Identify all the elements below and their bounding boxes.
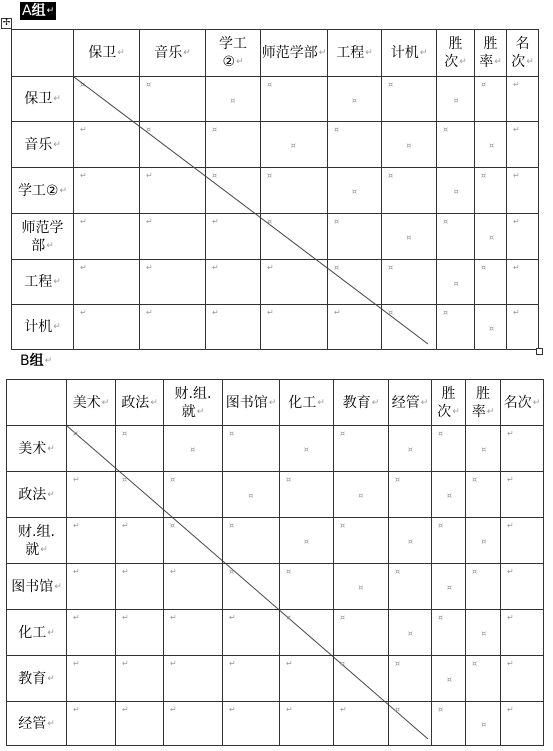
column-header-label: 师范学部 (262, 45, 318, 61)
table-row: 师范学 部↵↵↵↵¤¤¤¤¤↵ (12, 214, 539, 260)
cell-end-mark-icon: ¤ (340, 430, 345, 438)
score-cell[interactable]: ¤ (328, 77, 382, 122)
column-header-label: 教育 (343, 395, 371, 411)
score-cell[interactable]: ¤ (389, 564, 432, 610)
cell-end-mark-icon: ¤ (229, 522, 234, 530)
table-row: 化工↵↵↵↵↵¤¤¤¤¤↵ (7, 610, 544, 656)
header-row: 保卫↵音乐↵学工 ②↵师范学部↵工程↵计机↵胜 次↵胜 率↵名 次↵ (12, 30, 539, 77)
column-header-label: 计机 (391, 45, 419, 61)
paragraph-mark-icon: ↵ (46, 241, 54, 251)
cell-end-mark-icon: ¤ (481, 446, 486, 454)
score-cell[interactable]: ↵ (223, 702, 280, 746)
row-header-label: 化工 (18, 625, 46, 641)
score-cell[interactable]: ¤ (280, 610, 334, 656)
column-header-label: 政法 (121, 395, 149, 411)
score-cell[interactable]: ↵ (74, 168, 140, 214)
paragraph-mark-icon: ¤ (73, 430, 78, 438)
score-cell[interactable]: ↵ (507, 168, 539, 214)
score-cell[interactable]: ¤ (280, 472, 334, 518)
score-cell[interactable]: ¤ (206, 77, 261, 122)
paragraph-mark-icon: ↵ (286, 660, 293, 668)
cell-end-mark-icon: ¤ (489, 325, 494, 333)
score-cell[interactable]: ↵ (206, 305, 261, 350)
cell-end-mark-icon: ¤ (472, 660, 477, 668)
column-header[interactable]: 保卫↵ (74, 30, 140, 77)
score-cell[interactable]: ¤ (432, 518, 466, 564)
score-cell[interactable]: ↵ (140, 214, 206, 260)
score-cell[interactable]: ↵ (116, 656, 164, 702)
score-cell[interactable]: ¤ (466, 518, 501, 564)
paragraph-mark-icon: ↵ (452, 407, 460, 417)
column-header[interactable]: 工程↵ (328, 30, 382, 77)
cell-end-mark-icon: ¤ (489, 142, 494, 150)
cell-end-mark-icon: ¤ (352, 188, 357, 196)
paragraph-mark-icon: ↵ (73, 706, 80, 714)
column-header-label: 化工 (288, 395, 316, 411)
cell-end-mark-icon: ¤ (443, 218, 448, 226)
score-cell[interactable]: ¤ (334, 518, 389, 564)
score-cell[interactable]: ↵ (140, 260, 206, 305)
row-header[interactable]: 经管↵ (7, 702, 67, 746)
cell-end-mark-icon: ↵ (507, 568, 514, 576)
cell-end-mark-icon: ¤ (489, 234, 494, 242)
paragraph-mark-icon: ¤ (395, 706, 400, 714)
score-cell[interactable]: ↵ (501, 518, 544, 564)
column-header[interactable]: 胜 率↵ (466, 380, 501, 426)
cell-end-mark-icon: ¤ (229, 430, 234, 438)
score-cell[interactable]: ↵ (67, 656, 116, 702)
row-header[interactable]: 保卫↵ (12, 77, 74, 122)
score-cell[interactable]: ¤ (475, 260, 507, 305)
cell-end-mark-icon: ¤ (395, 476, 400, 484)
score-cell[interactable]: ¤ (261, 168, 328, 214)
score-cell[interactable]: ¤ (382, 122, 437, 168)
score-cell[interactable]: ↵ (334, 702, 389, 746)
row-header[interactable]: 美术↵ (7, 426, 67, 472)
cell-end-mark-icon: ¤ (447, 584, 452, 592)
column-header[interactable]: 化工↵ (280, 380, 334, 426)
paragraph-mark-icon: ↵ (150, 398, 158, 408)
score-cell[interactable]: ¤ (475, 168, 507, 214)
paragraph-mark-icon: ↵ (40, 545, 48, 555)
score-cell[interactable]: ↵ (140, 168, 206, 214)
score-cell[interactable]: ↵ (261, 260, 328, 305)
row-header[interactable]: 财.组. 就↵ (7, 518, 67, 564)
column-header[interactable]: 师范学部↵ (261, 30, 328, 77)
score-cell[interactable]: ↵ (116, 564, 164, 610)
row-header[interactable]: 师范学 部↵ (12, 214, 74, 260)
paragraph-mark-icon: ↵ (73, 660, 80, 668)
score-cell[interactable]: ¤ (432, 426, 466, 472)
paragraph-mark-icon: ↵ (494, 57, 502, 67)
paragraph-mark-icon: ¤ (146, 126, 151, 134)
score-cell[interactable]: ↵ (116, 610, 164, 656)
cell-end-mark-icon: ¤ (438, 430, 443, 438)
score-cell[interactable]: ¤ (475, 305, 507, 350)
score-cell[interactable]: ↵ (67, 702, 116, 746)
cell-end-mark-icon: ↵ (513, 172, 520, 180)
score-cell[interactable]: ↵ (74, 260, 140, 305)
column-header[interactable]: 学工 ②↵ (206, 30, 261, 77)
row-header-label: 保卫 (24, 91, 52, 107)
score-cell[interactable]: ¤ (328, 214, 382, 260)
paragraph-mark-icon: ↵ (269, 398, 277, 408)
score-cell[interactable]: ↵ (507, 122, 539, 168)
cell-end-mark-icon: ¤ (438, 614, 443, 622)
paragraph-mark-icon: ↵ (372, 398, 380, 408)
score-cell[interactable]: ¤ (466, 610, 501, 656)
paragraph-mark-icon: ↵ (267, 309, 274, 317)
corner-cell[interactable] (7, 380, 67, 426)
score-cell[interactable]: ↵ (206, 214, 261, 260)
row-header-label: 计机 (24, 319, 52, 335)
paragraph-mark-icon: ↵ (229, 614, 236, 622)
score-cell[interactable]: ↵ (501, 472, 544, 518)
column-header-label: 经管 (392, 395, 420, 411)
score-cell[interactable]: ¤ (164, 426, 223, 472)
score-cell[interactable]: ¤ (466, 656, 501, 702)
score-cell[interactable]: ¤ (280, 518, 334, 564)
score-cell[interactable]: ¤ (164, 472, 223, 518)
cell-end-mark-icon: ¤ (304, 538, 309, 546)
cell-end-mark-icon: ↵ (507, 476, 514, 484)
score-cell[interactable]: ¤ (280, 564, 334, 610)
table-resize-handle[interactable] (536, 348, 543, 355)
score-cell[interactable]: ¤ (432, 610, 466, 656)
cell-end-mark-icon: ¤ (447, 492, 452, 500)
score-cell[interactable]: ↵ (501, 426, 544, 472)
score-cell[interactable]: ¤ (328, 122, 382, 168)
table-row: 教育↵↵↵↵↵↵¤¤¤¤↵ (7, 656, 544, 702)
score-cell[interactable]: ¤ (466, 426, 501, 472)
score-cell[interactable]: ↵ (116, 518, 164, 564)
score-cell[interactable]: ¤ (437, 122, 475, 168)
score-cell[interactable]: ¤ (432, 702, 466, 746)
table-row: 音乐↵↵¤¤¤¤¤¤¤↵ (12, 122, 539, 168)
cell-end-mark-icon: ¤ (358, 584, 363, 592)
score-cell[interactable]: ¤ (206, 122, 261, 168)
score-cell[interactable]: ¤ (223, 426, 280, 472)
score-cell[interactable]: ↵ (280, 656, 334, 702)
column-header[interactable]: 胜 率↵ (475, 30, 507, 77)
score-cell[interactable]: ↵ (140, 305, 206, 350)
table-row: 图书馆↵↵↵↵¤¤¤¤¤¤↵ (7, 564, 544, 610)
paragraph-mark-icon: ↵ (47, 628, 55, 638)
row-header-label: 音乐 (24, 137, 52, 153)
cell-end-mark-icon: ¤ (454, 97, 459, 105)
score-cell[interactable]: ¤ (432, 656, 466, 702)
paragraph-mark-icon: ¤ (388, 309, 393, 317)
column-header[interactable]: 计机↵ (382, 30, 437, 77)
score-cell[interactable]: ¤ (382, 77, 437, 122)
score-cell[interactable]: ¤ (140, 77, 206, 122)
paragraph-mark-icon: ↵ (146, 218, 153, 226)
cell-end-mark-icon: ¤ (248, 492, 253, 500)
column-header[interactable]: 政法↵ (116, 380, 164, 426)
column-header[interactable]: 音乐↵ (140, 30, 206, 77)
paragraph-mark-icon: ↵ (80, 126, 87, 134)
score-cell[interactable]: ¤ (334, 610, 389, 656)
score-cell[interactable]: ↵ (223, 656, 280, 702)
score-cell[interactable]: ¤ (116, 426, 164, 472)
column-header[interactable]: 教育↵ (334, 380, 389, 426)
score-cell[interactable]: ¤ (67, 426, 116, 472)
paragraph-mark-icon: ↵ (365, 48, 373, 58)
score-cell[interactable]: ¤ (164, 518, 223, 564)
column-header-label: 财.组. 就 (175, 386, 212, 420)
score-cell[interactable]: ¤ (382, 168, 437, 214)
score-cell[interactable]: ¤ (328, 260, 382, 305)
score-cell[interactable]: ↵ (501, 564, 544, 610)
cell-end-mark-icon: ¤ (267, 172, 272, 180)
paragraph-mark-icon: ↵ (533, 398, 541, 408)
column-header[interactable]: 名次↵ (501, 380, 544, 426)
score-cell[interactable]: ¤ (437, 168, 475, 214)
paragraph-mark-icon: ↵ (420, 48, 428, 58)
score-cell[interactable]: ↵ (164, 702, 223, 746)
score-cell[interactable]: ¤ (466, 472, 501, 518)
table-row: 经管↵↵↵↵↵↵↵¤¤¤↵ (7, 702, 544, 746)
paragraph-mark-icon: ↵ (53, 140, 61, 150)
score-cell[interactable]: ↵ (507, 260, 539, 305)
cell-end-mark-icon: ¤ (481, 172, 486, 180)
score-cell[interactable]: ↵ (164, 564, 223, 610)
table-row: 美术↵¤¤¤¤¤¤¤¤¤↵ (7, 426, 544, 472)
paragraph-mark-icon: ¤ (334, 264, 339, 272)
cell-end-mark-icon: ↵ (513, 264, 520, 272)
column-header[interactable]: 胜 次↵ (437, 30, 475, 77)
row-header[interactable]: 音乐↵ (12, 122, 74, 168)
paragraph-mark-icon: ↵ (80, 218, 87, 226)
score-cell[interactable]: ¤ (389, 472, 432, 518)
score-cell[interactable]: ¤ (389, 702, 432, 746)
score-cell[interactable]: ¤ (261, 214, 328, 260)
table-row: 工程↵↵↵↵↵¤¤¤¤↵ (12, 260, 539, 305)
score-cell[interactable]: ¤ (223, 472, 280, 518)
cell-end-mark-icon: ¤ (388, 264, 393, 272)
cell-end-mark-icon: ¤ (406, 234, 411, 242)
cell-end-mark-icon: ¤ (447, 676, 452, 684)
score-cell[interactable]: ¤ (389, 426, 432, 472)
paragraph-mark-icon: ¤ (340, 660, 345, 668)
row-header[interactable]: 教育↵ (7, 656, 67, 702)
cell-end-mark-icon: ¤ (304, 446, 309, 454)
score-cell[interactable]: ¤ (382, 214, 437, 260)
cell-end-mark-icon: ↵ (507, 706, 514, 714)
row-header[interactable]: 政法↵ (7, 472, 67, 518)
score-cell[interactable]: ¤ (334, 656, 389, 702)
score-cell[interactable]: ¤ (437, 214, 475, 260)
score-cell[interactable]: ¤ (261, 122, 328, 168)
table-move-handle-icon[interactable]: ✢ (1, 18, 12, 29)
cell-end-mark-icon: ¤ (212, 126, 217, 134)
score-cell[interactable]: ¤ (475, 214, 507, 260)
column-header-label: 工程 (336, 45, 364, 61)
cell-end-mark-icon: ¤ (472, 568, 477, 576)
paragraph-mark-icon: ↵ (267, 264, 274, 272)
paragraph-mark-icon: ↵ (459, 57, 467, 67)
table-row: 保卫↵¤¤¤¤¤¤¤¤↵ (12, 77, 539, 122)
score-cell[interactable]: ¤ (437, 305, 475, 350)
group-b-table: 美术↵政法↵财.组. 就↵图书馆↵化工↵教育↵经管↵胜 次↵胜 率↵名次↵美术↵… (6, 379, 544, 746)
paragraph-mark-icon: ¤ (170, 522, 175, 530)
cell-end-mark-icon: ¤ (334, 218, 339, 226)
cell-end-mark-icon: ¤ (454, 280, 459, 288)
score-cell[interactable]: ↵ (164, 656, 223, 702)
row-header[interactable]: 学工②↵ (12, 168, 74, 214)
table-row: 学工②↵↵↵¤¤¤¤¤¤↵ (12, 168, 539, 214)
score-cell[interactable]: ¤ (389, 610, 432, 656)
corner-cell[interactable] (12, 30, 74, 77)
row-header[interactable]: 图书馆↵ (7, 564, 67, 610)
score-cell[interactable]: ¤ (334, 564, 389, 610)
score-cell[interactable]: ↵ (67, 472, 116, 518)
score-cell[interactable]: ¤ (261, 77, 328, 122)
cell-end-mark-icon: ↵ (507, 430, 514, 438)
score-cell[interactable]: ↵ (74, 122, 140, 168)
score-cell[interactable]: ¤ (206, 168, 261, 214)
paragraph-mark-icon: ↵ (53, 94, 61, 104)
score-cell[interactable]: ↵ (328, 305, 382, 350)
cell-end-mark-icon: ↵ (513, 126, 520, 134)
row-header-label: 师范学 部 (22, 220, 64, 254)
score-cell[interactable]: ↵ (67, 610, 116, 656)
paragraph-mark-icon: ↵ (47, 674, 55, 684)
score-cell[interactable]: ↵ (74, 214, 140, 260)
paragraph-mark-icon: ↵ (317, 398, 325, 408)
score-cell[interactable]: ¤ (432, 472, 466, 518)
score-cell[interactable]: ↵ (164, 610, 223, 656)
score-cell[interactable]: ¤ (328, 168, 382, 214)
score-cell[interactable]: ↵ (501, 702, 544, 746)
score-cell[interactable]: ¤ (223, 518, 280, 564)
row-header[interactable]: 工程↵ (12, 260, 74, 305)
score-cell[interactable]: ¤ (140, 122, 206, 168)
score-cell[interactable]: ¤ (466, 564, 501, 610)
table-row: 政法↵↵¤¤¤¤¤¤¤¤↵ (7, 472, 544, 518)
column-header-label: 音乐 (154, 45, 182, 61)
score-cell[interactable]: ↵ (501, 610, 544, 656)
column-header[interactable]: 财.组. 就↵ (164, 380, 223, 426)
score-cell[interactable]: ¤ (389, 518, 432, 564)
cell-end-mark-icon: ¤ (443, 309, 448, 317)
score-cell[interactable]: ↵ (261, 305, 328, 350)
paragraph-mark-icon: ¤ (267, 218, 272, 226)
cell-end-mark-icon: ¤ (291, 142, 296, 150)
score-cell[interactable]: ↵ (74, 305, 140, 350)
cell-end-mark-icon: ¤ (286, 476, 291, 484)
column-header[interactable]: 胜 次↵ (432, 380, 466, 426)
group-a-title-letter: A (22, 3, 32, 19)
cell-end-mark-icon: ¤ (340, 522, 345, 530)
score-cell[interactable]: ¤ (74, 77, 140, 122)
paragraph-mark-icon: ↵ (80, 309, 87, 317)
score-cell[interactable]: ¤ (223, 564, 280, 610)
score-cell[interactable]: ¤ (382, 260, 437, 305)
row-header[interactable]: 计机↵ (12, 305, 74, 350)
score-cell[interactable]: ¤ (475, 122, 507, 168)
column-header[interactable]: 美术↵ (67, 380, 116, 426)
paragraph-mark-icon: ↵ (73, 522, 80, 530)
paragraph-mark-icon: ↵ (170, 614, 177, 622)
cell-end-mark-icon: ¤ (438, 706, 443, 714)
paragraph-mark-icon: ↵ (60, 186, 68, 196)
paragraph-mark-icon: ↵ (212, 218, 219, 226)
paragraph-mark-icon: ¤ (286, 614, 291, 622)
score-cell[interactable]: ¤ (437, 77, 475, 122)
paragraph-mark-icon: ↵ (45, 356, 53, 366)
paragraph-mark-icon: ↵ (319, 48, 327, 58)
cell-end-mark-icon: ¤ (352, 97, 357, 105)
score-cell[interactable]: ¤ (116, 472, 164, 518)
paragraph-mark-icon: ↵ (47, 719, 55, 729)
score-cell[interactable]: ↵ (67, 518, 116, 564)
column-header[interactable]: 名 次↵ (507, 30, 539, 77)
row-header-label: 财.组. 就 (18, 524, 55, 558)
score-cell[interactable]: ¤ (334, 472, 389, 518)
score-cell[interactable]: ↵ (223, 610, 280, 656)
paragraph-mark-icon: ↵ (183, 48, 191, 58)
paragraph-mark-icon: ↵ (146, 172, 153, 180)
column-header[interactable]: 经管↵ (389, 380, 432, 426)
score-cell[interactable]: ↵ (501, 656, 544, 702)
cell-end-mark-icon: ¤ (388, 81, 393, 89)
paragraph-mark-icon: ¤ (122, 476, 127, 484)
score-cell[interactable]: ↵ (67, 564, 116, 610)
paragraph-mark-icon: ↵ (526, 57, 534, 67)
row-header[interactable]: 化工↵ (7, 610, 67, 656)
cell-end-mark-icon: ↵ (513, 218, 520, 226)
score-cell[interactable]: ¤ (280, 426, 334, 472)
row-header-label: 美术 (18, 441, 46, 457)
score-cell[interactable]: ¤ (382, 305, 437, 350)
paragraph-mark-icon: ↵ (102, 398, 110, 408)
cell-end-mark-icon: ↵ (513, 81, 520, 89)
paragraph-mark-icon: ↵ (73, 614, 80, 622)
cell-end-mark-icon: ¤ (472, 476, 477, 484)
group-b-title-suffix: 组 (30, 353, 44, 369)
cell-end-mark-icon: ¤ (395, 568, 400, 576)
score-cell[interactable]: ¤ (475, 77, 507, 122)
column-header[interactable]: 图书馆↵ (223, 380, 280, 426)
paragraph-mark-icon: ↵ (170, 706, 177, 714)
score-cell[interactable]: ↵ (507, 77, 539, 122)
row-header-label: 学工② (18, 183, 59, 199)
score-cell[interactable]: ¤ (432, 564, 466, 610)
score-cell[interactable]: ¤ (389, 656, 432, 702)
paragraph-mark-icon: ↵ (236, 57, 244, 67)
score-cell[interactable]: ¤ (466, 702, 501, 746)
score-cell[interactable]: ¤ (437, 260, 475, 305)
score-cell[interactable]: ¤ (334, 426, 389, 472)
table-row: 计机↵↵↵↵↵↵¤¤¤↵ (12, 305, 539, 350)
cell-end-mark-icon: ¤ (454, 188, 459, 196)
score-cell[interactable]: ↵ (116, 702, 164, 746)
group-a-table: 保卫↵音乐↵学工 ②↵师范学部↵工程↵计机↵胜 次↵胜 率↵名 次↵保卫↵¤¤¤… (11, 29, 539, 350)
score-cell[interactable]: ↵ (507, 214, 539, 260)
paragraph-mark-icon: ↵ (73, 568, 80, 576)
paragraph-mark-icon: ↵ (122, 568, 129, 576)
cell-end-mark-icon: ¤ (395, 660, 400, 668)
column-header-label: 保卫 (88, 45, 116, 61)
cell-end-mark-icon: ¤ (122, 430, 127, 438)
score-cell[interactable]: ↵ (507, 305, 539, 350)
column-header-label: 美术 (73, 395, 101, 411)
score-cell[interactable]: ↵ (206, 260, 261, 305)
paragraph-mark-icon: ↵ (212, 264, 219, 272)
group-b-title-letter: B (20, 353, 30, 369)
score-cell[interactable]: ↵ (280, 702, 334, 746)
